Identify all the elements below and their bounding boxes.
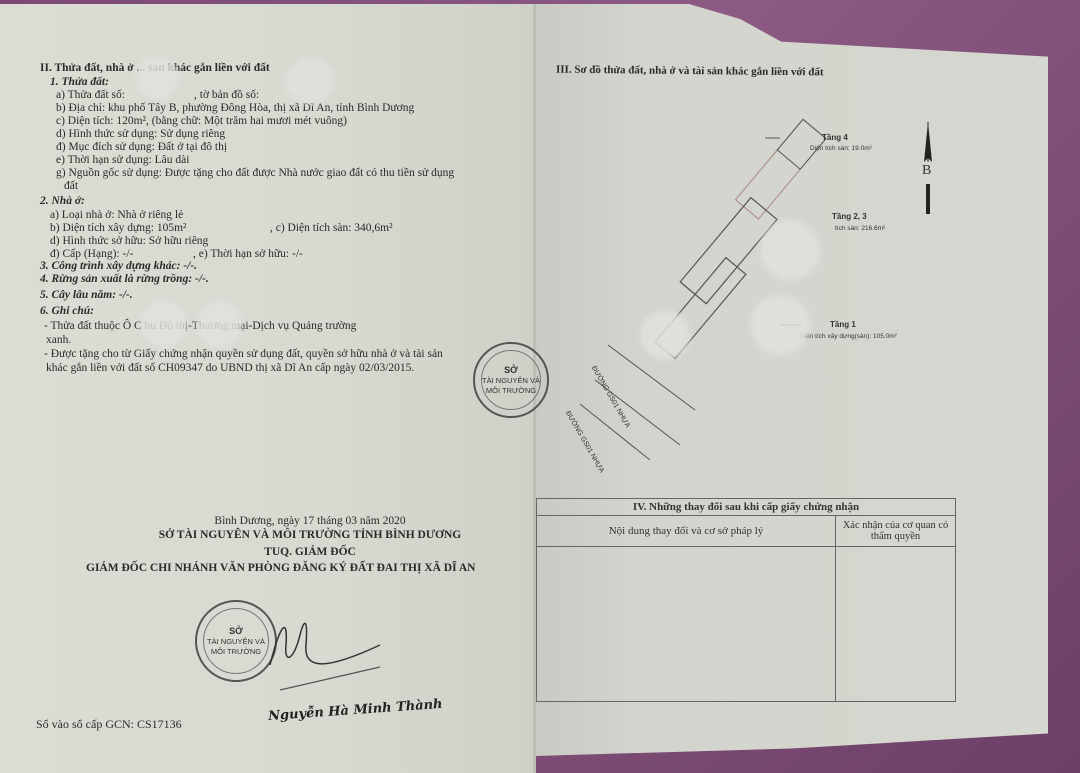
other-construction: 3. Công trình xây dựng khác: -/-. (40, 261, 197, 273)
signer-title: GIÁM ĐỐC CHI NHÁNH VĂN PHÒNG ĐĂNG KÝ ĐẤT… (86, 563, 475, 575)
land-use-purpose: đ) Mục đích sử dụng: Đất ở tại đô thị (56, 142, 227, 154)
land-map-sheet: , tờ bản đồ số: (194, 90, 259, 102)
signature-scrawl (260, 605, 400, 695)
stamp-line-3: MÔI TRƯỜNG (486, 386, 536, 395)
floor-4-label: Tầng 4 (822, 133, 848, 142)
registry-number: Số vào sổ cấp GCN: CS17136 (36, 718, 182, 730)
official-stamp-right: SỞ TÀI NGUYÊN VÀ MÔI TRƯỜNG (473, 342, 549, 418)
redaction-blur (196, 300, 242, 348)
changes-col-content: Nội dung thay đổi và cơ sở pháp lý (537, 516, 836, 547)
house-ownership-term: , e) Thời hạn sở hữu: -/- (193, 249, 303, 261)
stamp-line-3: MÔI TRƯỜNG (211, 647, 261, 656)
land-use-origin-cont: đất (64, 181, 78, 193)
land-area: c) Diện tích: 120m², (bằng chữ: Một trăm… (56, 116, 347, 128)
land-use-origin: g) Nguồn gốc sử dụng: Được tặng cho đất … (56, 168, 454, 180)
house-type: a) Loại nhà ở: Nhà ở riêng lẻ (50, 210, 183, 222)
floor-2-3-area: tích sàn: 216.6m² (835, 225, 885, 232)
changes-col-confirmation: Xác nhận của cơ quan có thẩm quyền (836, 516, 956, 547)
signing-date: Bình Dương, ngày 17 tháng 03 năm 2020 (0, 516, 620, 528)
changes-table-title: IV. Những thay đổi sau khi cấp giấy chứn… (537, 499, 956, 516)
changes-cell-content (537, 547, 836, 702)
land-use-form: d) Hình thức sử dụng: Sử dụng riêng (56, 129, 225, 141)
notes-heading: 6. Ghi chú: (40, 306, 94, 318)
note-line-1b: xanh. (46, 335, 71, 347)
redaction-blur (640, 310, 690, 360)
stamp-line-2: TÀI NGUYÊN VÀ (482, 376, 540, 385)
note-line-2: - Được tặng cho từ Giấy chứng nhận quyền… (44, 349, 443, 361)
floor-4-area: Diện tích sàn: 19.0m² (810, 145, 872, 152)
stamp-line-1: SỞ (229, 626, 243, 637)
redaction-blur (285, 58, 335, 104)
stamp-line-1: SỞ (504, 365, 518, 376)
house-ownership: d) Hình thức sở hữu: Sở hữu riêng (50, 236, 208, 248)
redaction-blur (760, 220, 820, 280)
floor-2-3-label: Tầng 2, 3 (832, 212, 867, 221)
stamp-line-2: TÀI NGUYÊN VÀ (207, 637, 265, 646)
note-line-2b: khác gắn liền với đất số CH09347 do UBND… (46, 363, 414, 375)
land-parcel-number: a) Thửa đất số: (56, 90, 125, 102)
plantation-forest: 4. Rừng sản xuất là rừng trồng: -/-. (40, 274, 209, 286)
land-heading: 1. Thửa đất: (50, 77, 109, 89)
land-address: b) Địa chỉ: khu phố Tây B, phường Đông H… (56, 103, 414, 115)
floor-1-label: Tầng 1 (830, 320, 856, 329)
redaction-blur (750, 295, 810, 355)
house-heading: 2. Nhà ở: (40, 196, 85, 208)
redaction-blur (140, 300, 188, 348)
redaction-blur (135, 56, 179, 100)
changes-table: IV. Những thay đổi sau khi cấp giấy chứn… (536, 498, 956, 702)
changes-cell-confirmation (836, 547, 956, 702)
north-label: B (922, 163, 931, 179)
floor-1-area: Diện tích xây dựng(sàn): 105.0m² (800, 333, 897, 340)
issuing-org: SỞ TÀI NGUYÊN VÀ MÔI TRƯỜNG TỈNH BÌNH DƯ… (0, 530, 620, 542)
land-use-term: e) Thời hạn sử dụng: Lâu dài (56, 155, 189, 167)
house-build-area: b) Diện tích xây dựng: 105m² (50, 223, 186, 235)
house-grade: đ) Cấp (Hạng): -/- (50, 249, 133, 261)
signing-proxy: TUQ. GIÁM ĐỐC (0, 547, 620, 559)
parcel-diagram (580, 100, 940, 460)
house-floor-area: , c) Diện tích sàn: 340,6m² (270, 223, 393, 235)
perennial-trees: 5. Cây lâu năm: -/-. (40, 290, 133, 302)
